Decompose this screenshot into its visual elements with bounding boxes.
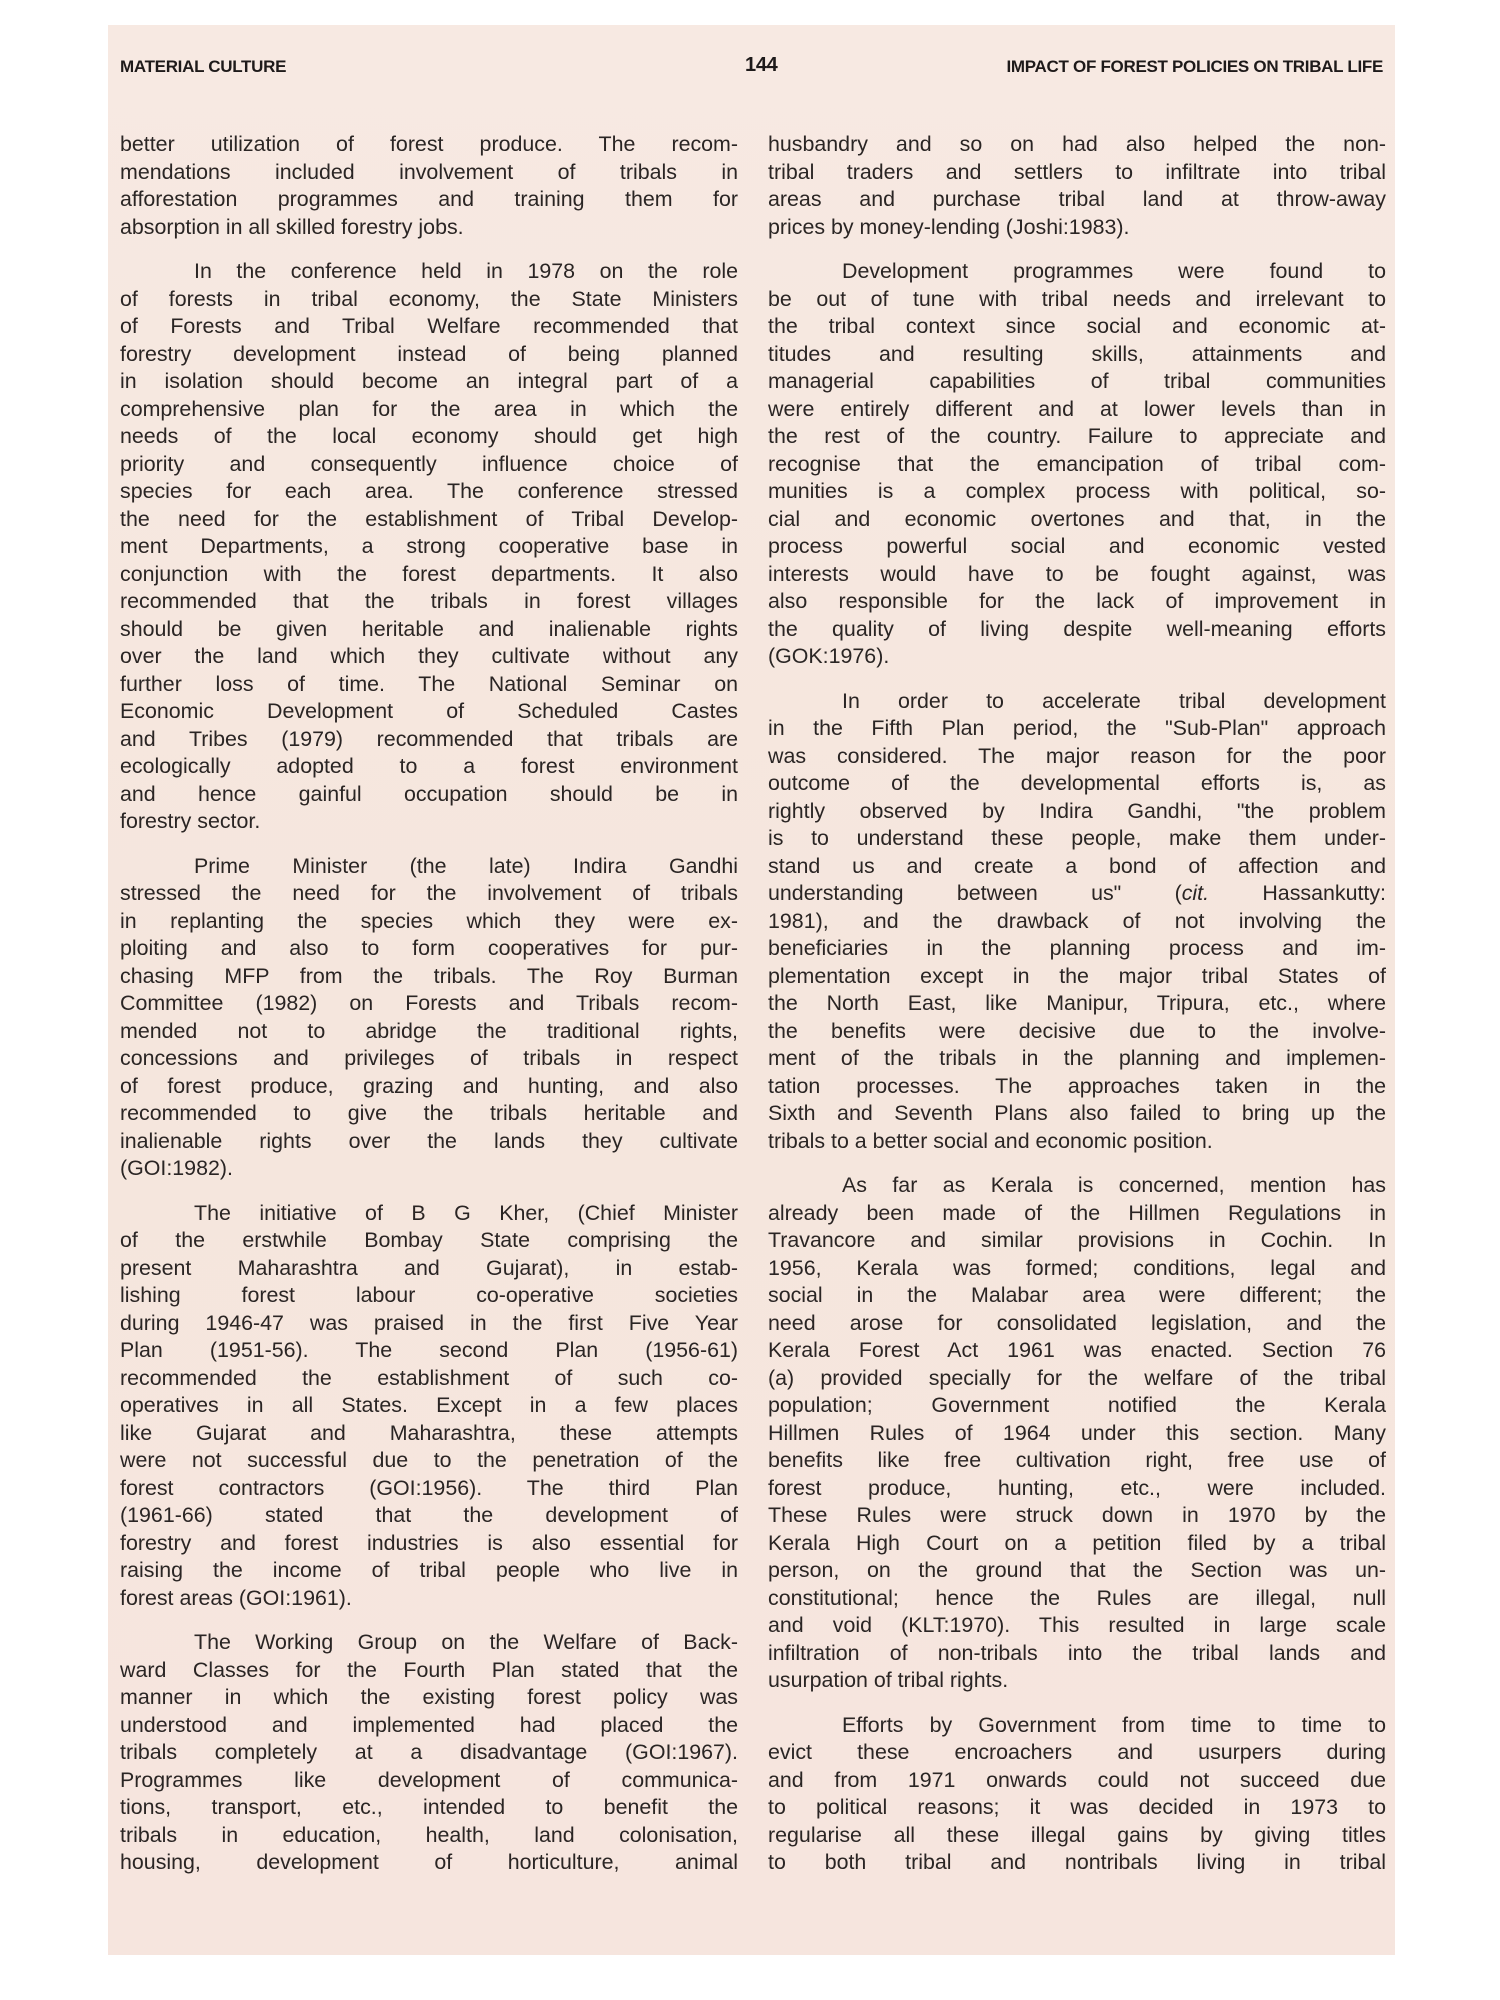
- header-chapter-title: IMPACT OF FOREST POLICIES ON TRIBAL LIFE: [1007, 57, 1384, 77]
- text-line: In the conference held in 1978 on the ro…: [120, 258, 738, 286]
- text-line: outcome of the developmental efforts is,…: [768, 770, 1386, 798]
- text-line: ecologically adopted to a forest environ…: [120, 753, 738, 781]
- text-line: of the erstwhile Bombay State comprising…: [120, 1227, 738, 1255]
- text-line: in replanting the species which they wer…: [120, 908, 738, 936]
- text-line: recommended to give the tribals heritabl…: [120, 1100, 738, 1128]
- text-line: interests would have to be fought agains…: [768, 561, 1386, 589]
- text-line: priority and consequently influence choi…: [120, 451, 738, 479]
- text-line: Programmes like development of communica…: [120, 1767, 738, 1795]
- text-line: regularise all these illegal gains by gi…: [768, 1822, 1386, 1850]
- paragraph: husbandry and so on had also helped the …: [768, 131, 1386, 241]
- text-line: to both tribal and nontribals living in …: [768, 1849, 1386, 1877]
- text-line: housing, development of horticulture, an…: [120, 1849, 738, 1877]
- text-line: These Rules were struck down in 1970 by …: [768, 1502, 1386, 1530]
- text-line: The initiative of B G Kher, (Chief Minis…: [120, 1200, 738, 1228]
- text-line: of forest produce, grazing and hunting, …: [120, 1073, 738, 1101]
- text-line: forestry sector.: [120, 808, 738, 836]
- text-line: in isolation should become an integral p…: [120, 368, 738, 396]
- text-line: (GOK:1976).: [768, 643, 1386, 671]
- text-line: to political reasons; it was decided in …: [768, 1794, 1386, 1822]
- text-line: usurpation of tribal rights.: [768, 1667, 1386, 1695]
- text-line: 1956, Kerala was formed; conditions, leg…: [768, 1255, 1386, 1283]
- text-line: benefits like free cultivation right, fr…: [768, 1447, 1386, 1475]
- text-line: Plan (1951-56). The second Plan (1956-61…: [120, 1337, 738, 1365]
- text-line: The Working Group on the Welfare of Back…: [120, 1629, 738, 1657]
- text-line: chasing MFP from the tribals. The Roy Bu…: [120, 963, 738, 991]
- text-line: mended not to abridge the traditional ri…: [120, 1018, 738, 1046]
- book-page: MATERIAL CULTURE 144 IMPACT OF FOREST PO…: [108, 25, 1395, 1955]
- text-line: process powerful social and economic ves…: [768, 533, 1386, 561]
- text-line: ward Classes for the Fourth Plan stated …: [120, 1657, 738, 1685]
- text-line: the tribal context since social and econ…: [768, 313, 1386, 341]
- text-line: titudes and resulting skills, attainment…: [768, 341, 1386, 369]
- text-line: forestry development instead of being pl…: [120, 341, 738, 369]
- paragraph: The initiative of B G Kher, (Chief Minis…: [120, 1200, 738, 1613]
- text-line: lishing forest labour co-operative socie…: [120, 1282, 738, 1310]
- text-line: ment of the tribals in the planning and …: [768, 1045, 1386, 1073]
- right-column: husbandry and so on had also helped the …: [768, 131, 1386, 1894]
- text-line: recognise that the emancipation of triba…: [768, 451, 1386, 479]
- text-line: was considered. The major reason for the…: [768, 743, 1386, 771]
- text-line: manner in which the existing forest poli…: [120, 1684, 738, 1712]
- text-line: Hillmen Rules of 1964 under this section…: [768, 1420, 1386, 1448]
- text-line: Travancore and similar provisions in Coc…: [768, 1227, 1386, 1255]
- text-line: tions, transport, etc., intended to bene…: [120, 1794, 738, 1822]
- paragraph: Development programmes were found tobe o…: [768, 258, 1386, 671]
- text-line: tation processes. The approaches taken i…: [768, 1073, 1386, 1101]
- text-line: is to understand these people, make them…: [768, 825, 1386, 853]
- text-line: Prime Minister (the late) Indira Gandhi: [120, 853, 738, 881]
- text-line: and void (KLT:1970). This resulted in la…: [768, 1612, 1386, 1640]
- text-line: tribals in education, health, land colon…: [120, 1822, 738, 1850]
- text-line: of forests in tribal economy, the State …: [120, 286, 738, 314]
- text-line: plementation except in the major tribal …: [768, 963, 1386, 991]
- paragraph: In the conference held in 1978 on the ro…: [120, 258, 738, 836]
- text-line: munities is a complex process with polit…: [768, 478, 1386, 506]
- text-line: forestry and forest industries is also e…: [120, 1530, 738, 1558]
- paragraph: In order to accelerate tribal developmen…: [768, 688, 1386, 1156]
- text-line: forest areas (GOI:1961).: [120, 1585, 738, 1613]
- text-line: infiltration of non-tribals into the tri…: [768, 1640, 1386, 1668]
- text-line: stand us and create a bond of affection …: [768, 853, 1386, 881]
- text-line: of Forests and Tribal Welfare recommende…: [120, 313, 738, 341]
- paragraph: better utilization of forest produce. Th…: [120, 131, 738, 241]
- text-line: areas and purchase tribal land at throw-…: [768, 186, 1386, 214]
- text-line: Committee (1982) on Forests and Tribals …: [120, 990, 738, 1018]
- text-line: tribal traders and settlers to infiltrat…: [768, 159, 1386, 187]
- text-line: and from 1971 onwards could not succeed …: [768, 1767, 1386, 1795]
- text-line: afforestation programmes and training th…: [120, 186, 738, 214]
- text-line: over the land which they cultivate witho…: [120, 643, 738, 671]
- text-line: in the Fifth Plan period, the "Sub-Plan"…: [768, 715, 1386, 743]
- text-line: forest contractors (GOI:1956). The third…: [120, 1475, 738, 1503]
- text-line: managerial capabilities of tribal commun…: [768, 368, 1386, 396]
- text-line: Kerala Forest Act 1961 was enacted. Sect…: [768, 1337, 1386, 1365]
- text-line: during 1946-47 was praised in the first …: [120, 1310, 738, 1338]
- page-number: 144: [745, 54, 777, 77]
- citation-abbrev: cit.: [1182, 881, 1209, 905]
- text-line: raising the income of tribal people who …: [120, 1557, 738, 1585]
- text-line: As far as Kerala is concerned, mention h…: [768, 1172, 1386, 1200]
- text-line: tribals to a better social and economic …: [768, 1128, 1386, 1156]
- text-line: prices by money-lending (Joshi:1983).: [768, 214, 1386, 242]
- text-line: were entirely different and at lower lev…: [768, 396, 1386, 424]
- text-line: needs of the local economy should get hi…: [120, 423, 738, 451]
- text-line: species for each area. The conference st…: [120, 478, 738, 506]
- text-line: inalienable rights over the lands they c…: [120, 1128, 738, 1156]
- text-line: beneficiaries in the planning process an…: [768, 935, 1386, 963]
- text-line: stressed the need for the involvement of…: [120, 880, 738, 908]
- paragraph: Prime Minister (the late) Indira Gandhis…: [120, 853, 738, 1183]
- text-line: Sixth and Seventh Plans also failed to b…: [768, 1100, 1386, 1128]
- paragraph: As far as Kerala is concerned, mention h…: [768, 1172, 1386, 1695]
- text-line: person, on the ground that the Section w…: [768, 1557, 1386, 1585]
- text-line: concessions and privileges of tribals in…: [120, 1045, 738, 1073]
- text-line: Efforts by Government from time to time …: [768, 1712, 1386, 1740]
- text-line: the benefits were decisive due to the in…: [768, 1018, 1386, 1046]
- text-line: operatives in all States. Except in a fe…: [120, 1392, 738, 1420]
- text-line: Development programmes were found to: [768, 258, 1386, 286]
- text-line: the quality of living despite well-meani…: [768, 616, 1386, 644]
- text-line: the North East, like Manipur, Tripura, e…: [768, 990, 1386, 1018]
- text-line: forest produce, hunting, etc., were incl…: [768, 1475, 1386, 1503]
- text-line: population; Government notified the Kera…: [768, 1392, 1386, 1420]
- header-section-title: MATERIAL CULTURE: [120, 57, 286, 77]
- text-line: should be given heritable and inalienabl…: [120, 616, 738, 644]
- text-line: Kerala High Court on a petition filed by…: [768, 1530, 1386, 1558]
- left-column: better utilization of forest produce. Th…: [120, 131, 738, 1894]
- text-line: tribals completely at a disadvantage (GO…: [120, 1739, 738, 1767]
- text-line: the rest of the country. Failure to appr…: [768, 423, 1386, 451]
- text-line: rightly observed by Indira Gandhi, "the …: [768, 798, 1386, 826]
- text-line: (GOI:1982).: [120, 1155, 738, 1183]
- text-line: recommended the establishment of such co…: [120, 1365, 738, 1393]
- text-line: mendations included involvement of triba…: [120, 159, 738, 187]
- text-line: In order to accelerate tribal developmen…: [768, 688, 1386, 716]
- text-line: like Gujarat and Maharashtra, these atte…: [120, 1420, 738, 1448]
- text-line: be out of tune with tribal needs and irr…: [768, 286, 1386, 314]
- text-line: further loss of time. The National Semin…: [120, 671, 738, 699]
- text-line: (1961-66) stated that the development of: [120, 1502, 738, 1530]
- text-line: recommended that the tribals in forest v…: [120, 588, 738, 616]
- text-line: need arose for consolidated legislation,…: [768, 1310, 1386, 1338]
- text-line: ment Departments, a strong cooperative b…: [120, 533, 738, 561]
- text-line: Economic Development of Scheduled Castes: [120, 698, 738, 726]
- text-line: constitutional; hence the Rules are ille…: [768, 1585, 1386, 1613]
- text-line: absorption in all skilled forestry jobs.: [120, 214, 738, 242]
- text-line: and Tribes (1979) recommended that triba…: [120, 726, 738, 754]
- text-line: better utilization of forest produce. Th…: [120, 131, 738, 159]
- paragraph: Efforts by Government from time to time …: [768, 1712, 1386, 1877]
- text-line: conjunction with the forest departments.…: [120, 561, 738, 589]
- text-line: ploiting and also to form cooperatives f…: [120, 935, 738, 963]
- text-line: social in the Malabar area were differen…: [768, 1282, 1386, 1310]
- text-line: the need for the establishment of Tribal…: [120, 506, 738, 534]
- text-line: evict these encroachers and usurpers dur…: [768, 1739, 1386, 1767]
- text-line: 1981), and the drawback of not involving…: [768, 908, 1386, 936]
- text-line: also responsible for the lack of improve…: [768, 588, 1386, 616]
- text-line: present Maharashtra and Gujarat), in est…: [120, 1255, 738, 1283]
- text-line: and hence gainful occupation should be i…: [120, 781, 738, 809]
- text-line: husbandry and so on had also helped the …: [768, 131, 1386, 159]
- text-line: were not successful due to the penetrati…: [120, 1447, 738, 1475]
- text-line: understood and implemented had placed th…: [120, 1712, 738, 1740]
- text-line: comprehensive plan for the area in which…: [120, 396, 738, 424]
- text-line: cial and economic overtones and that, in…: [768, 506, 1386, 534]
- paragraph: The Working Group on the Welfare of Back…: [120, 1629, 738, 1877]
- running-header: MATERIAL CULTURE 144 IMPACT OF FOREST PO…: [120, 57, 1383, 81]
- text-line: understanding between us" (cit. Hassanku…: [768, 880, 1386, 908]
- text-line: already been made of the Hillmen Regulat…: [768, 1200, 1386, 1228]
- text-line: (a) provided specially for the welfare o…: [768, 1365, 1386, 1393]
